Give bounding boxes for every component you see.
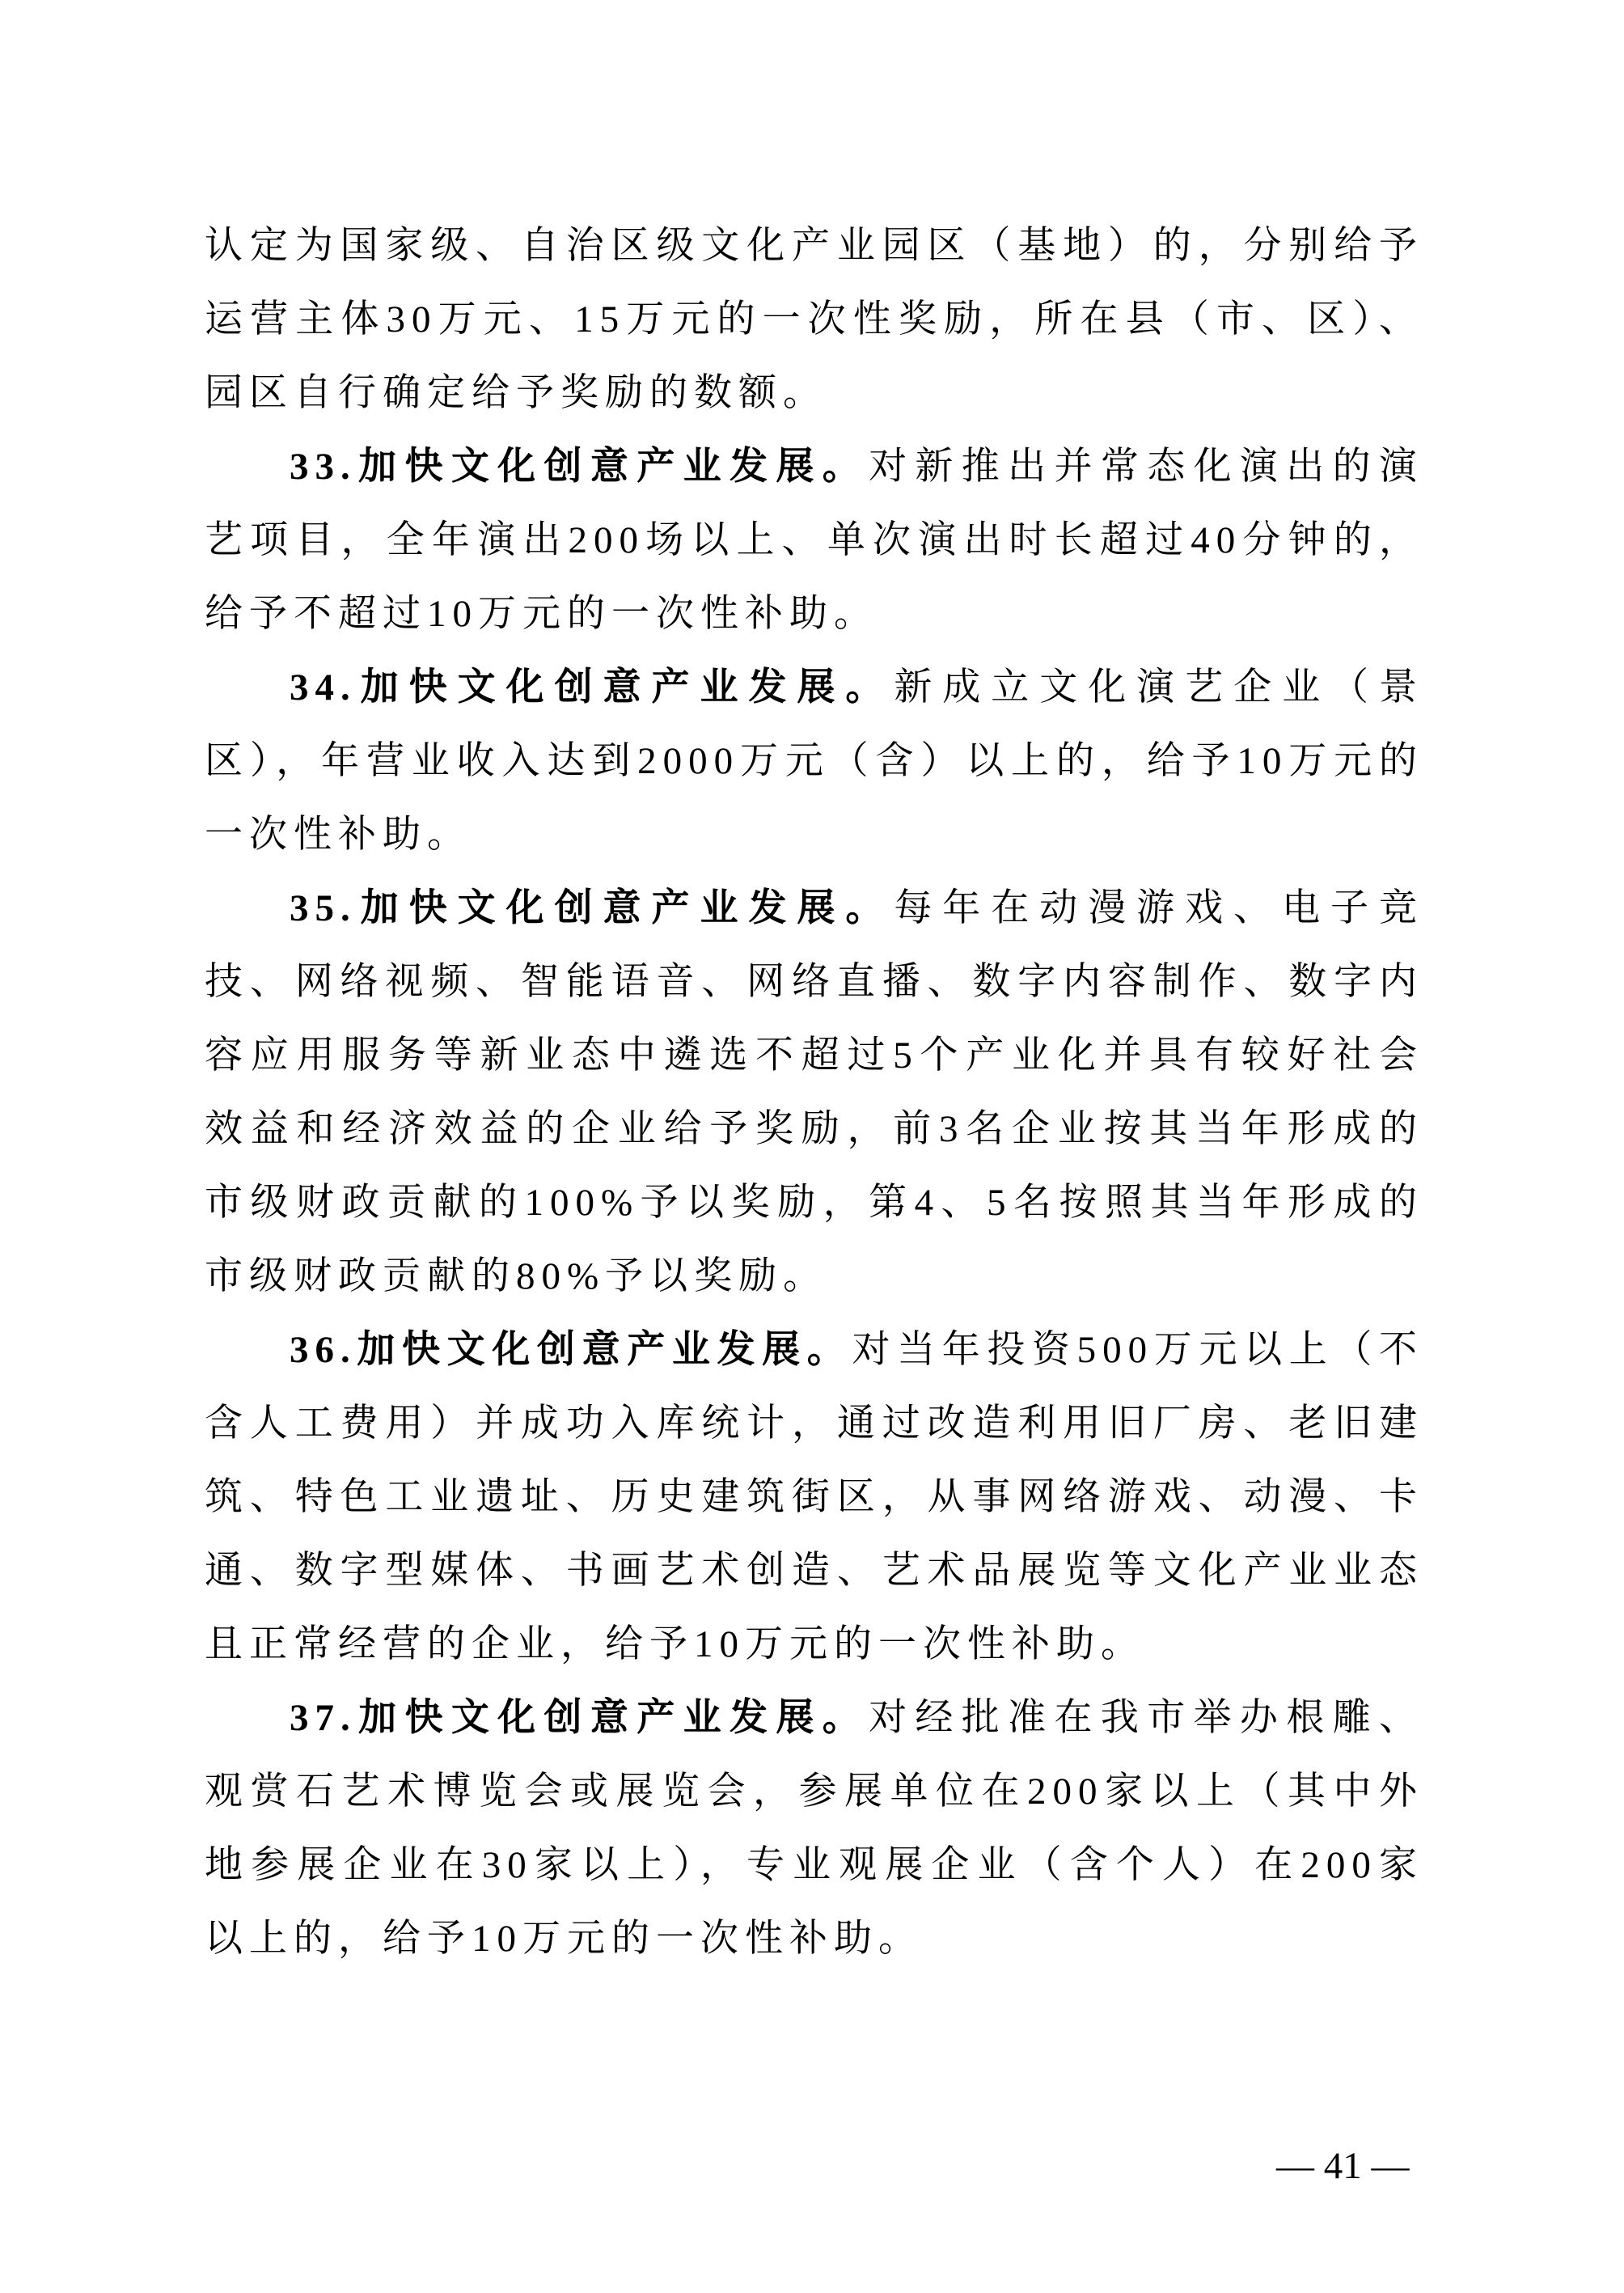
- numbered-item-paragraph: 34.加快文化创意产业发展。新成立文化演艺企业（景区），年营业收入达到2000万…: [205, 651, 1423, 872]
- item-number-heading: 34.加快文化创意产业发展。: [290, 666, 894, 709]
- numbered-item-paragraph: 37.加快文化创意产业发展。对经批准在我市举办根雕、观赏石艺术博览会或展览会，参…: [205, 1682, 1423, 1976]
- numbered-item-paragraph: 35.加快文化创意产业发展。每年在动漫游戏、电子竞技、网络视频、智能语音、网络直…: [205, 872, 1423, 1314]
- item-body-text: 每年在动漫游戏、电子竞技、网络视频、智能语音、网络直播、数字内容制作、数字内容应…: [205, 887, 1423, 1297]
- item-body-text: 认定为国家级、自治区级文化产业园区（基地）的，分别给予运营主体30万元、15万元…: [205, 225, 1423, 414]
- item-body-text: 对当年投资500万元以上（不含人工费用）并成功入库统计，通过改造利用旧厂房、老旧…: [205, 1329, 1423, 1665]
- paragraph: 认定为国家级、自治区级文化产业园区（基地）的，分别给予运营主体30万元、15万元…: [205, 209, 1423, 430]
- page-number: — 41 —: [1276, 2142, 1410, 2190]
- item-number-heading: 36.加快文化创意产业发展。: [290, 1329, 852, 1371]
- item-number-heading: 33.加快文化创意产业发展。: [290, 446, 869, 488]
- item-number-heading: 35.加快文化创意产业发展。: [290, 887, 894, 929]
- document-body: 认定为国家级、自治区级文化产业园区（基地）的，分别给予运营主体30万元、15万元…: [205, 209, 1423, 1976]
- document-page: 认定为国家级、自治区级文化产业园区（基地）的，分别给予运营主体30万元、15万元…: [0, 0, 1624, 2293]
- item-number-heading: 37.加快文化创意产业发展。: [290, 1697, 869, 1739]
- numbered-item-paragraph: 33.加快文化创意产业发展。对新推出并常态化演出的演艺项目，全年演出200场以上…: [205, 430, 1423, 651]
- numbered-item-paragraph: 36.加快文化创意产业发展。对当年投资500万元以上（不含人工费用）并成功入库统…: [205, 1314, 1423, 1682]
